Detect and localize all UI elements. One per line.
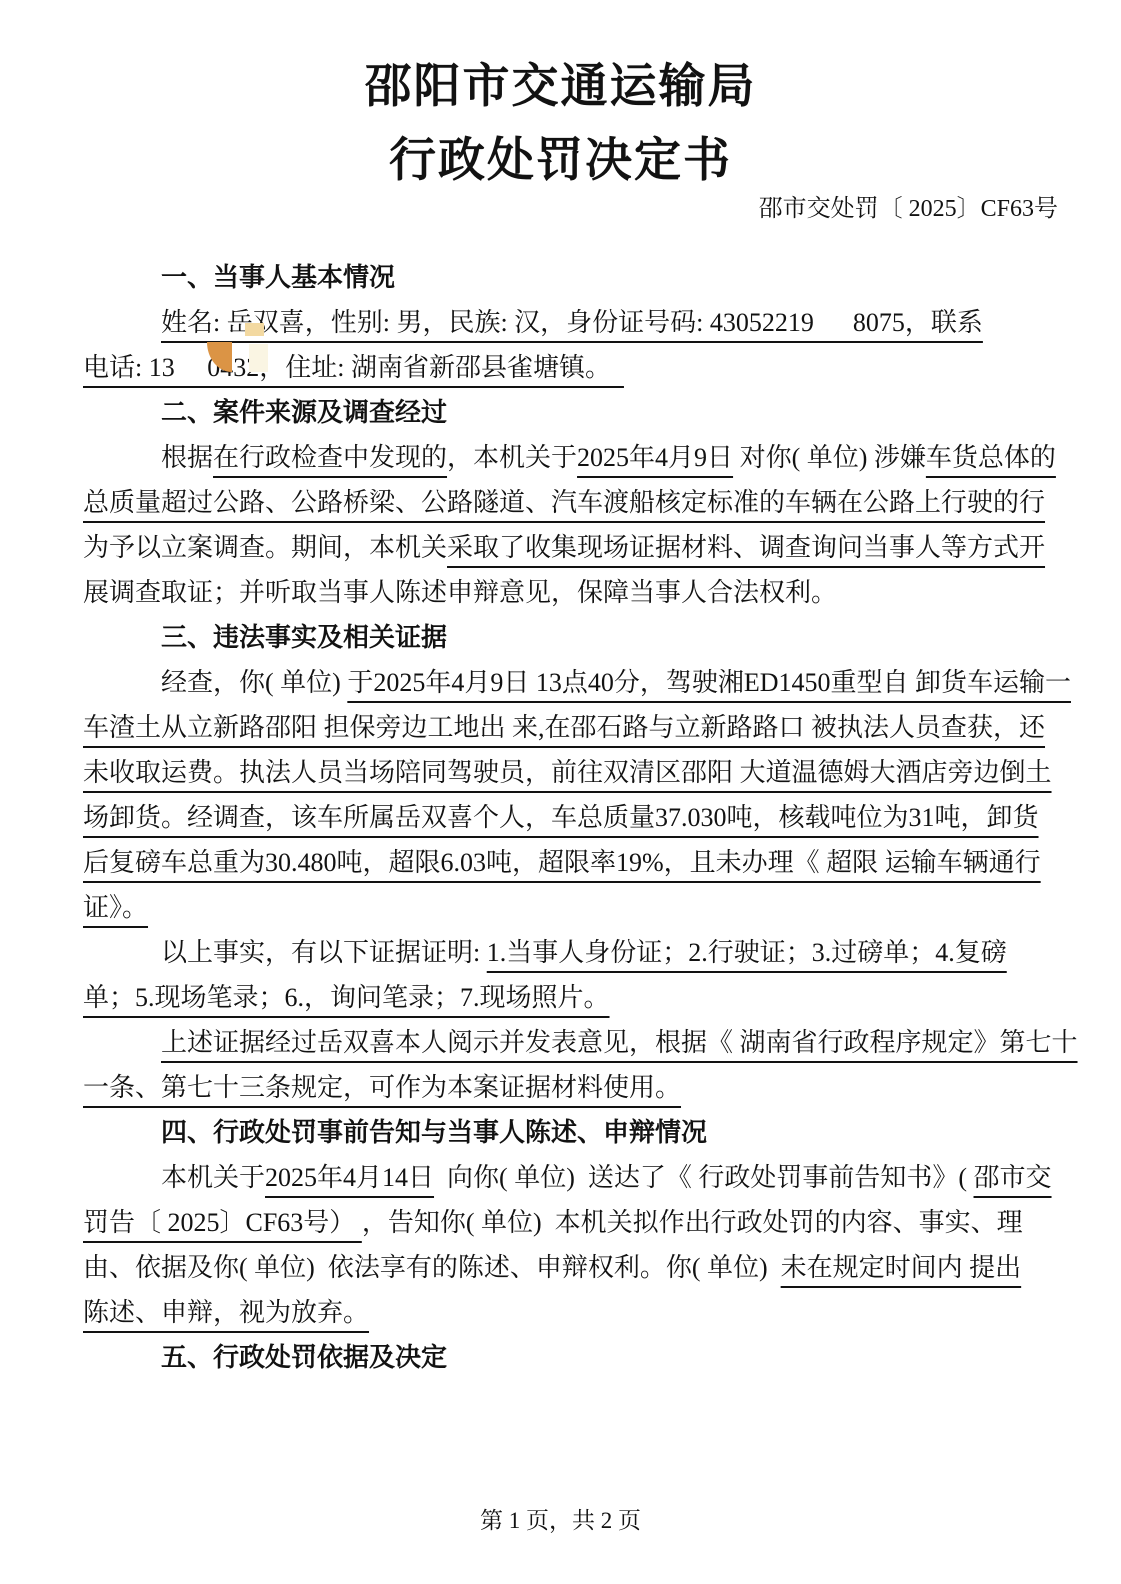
text-line: 总质量超过公路、公路桥梁、公路隧道、汽车渡船核定标准的车辆在公路上行驶的行	[83, 480, 1061, 525]
underlined-text-segment: 后复磅车总重为30.480吨，超限6.03吨，超限率19%，且未办理《 超限 运…	[83, 848, 1041, 877]
underlined-text-segment: 场卸货。经调查，该车所属岳双喜个人，车总质量37.030吨，核载吨位为31吨，卸…	[83, 803, 1039, 832]
text-line: 姓名: 岳双喜，性别: 男，民族: 汉，身份证号码: 43052219 8075…	[83, 300, 1061, 345]
section-heading: 四、行政处罚事前告知与当事人陈述、申辩情况	[83, 1110, 1061, 1155]
text-segment: 根据	[161, 443, 213, 472]
underlined-text-segment: 2025年4月14日	[265, 1163, 434, 1192]
section-heading: 一、当事人基本情况	[83, 255, 1061, 300]
text-line: 陈述、申辩，视为放弃。	[83, 1290, 1061, 1335]
underlined-text-segment: 车渣土从立新路邵阳 担保旁边工地出 来,在邵石路与立新路路口 被执法人员查获，还	[83, 713, 1045, 742]
text-segment: 本机关于	[161, 1163, 265, 1192]
text-line: 罚告〔 2025〕CF63号） ，告知你( 单位) 本机关拟作出行政处罚的内容、…	[83, 1200, 1061, 1245]
text-line: 场卸货。经调查，该车所属岳双喜个人，车总质量37.030吨，核载吨位为31吨，卸…	[83, 795, 1061, 840]
text-segment: 经查，你( 单位)	[161, 668, 347, 697]
text-line: 一条、第七十三条规定，可作为本案证据材料使用。	[83, 1065, 1061, 1110]
underlined-text-segment: 未在规定时间内 提出	[781, 1253, 1022, 1282]
text-line: 后复磅车总重为30.480吨，超限6.03吨，超限率19%，且未办理《 超限 运…	[83, 840, 1061, 885]
text-line: 展调查取证；并听取当事人陈述申辩意见，保障当事人合法权利。	[83, 570, 1061, 615]
text-line: 由、依据及你( 单位) 依法享有的陈述、申辩权利。你( 单位) 未在规定时间内 …	[83, 1245, 1061, 1290]
underlined-text-segment: 陈述、申辩，视为放弃。	[83, 1298, 369, 1327]
underlined-text-segment: 未收取运费。执法人员当场陪同驾驶员，前往双清区邵阳 大道温德姆大酒店旁边倒土	[83, 758, 1052, 787]
text-line: 本机关于2025年4月14日 向你( 单位) 送达了《 行政处罚事前告知书》( …	[83, 1155, 1061, 1200]
document-title-line1: 邵阳市交通运输局	[0, 50, 1121, 124]
redaction-phone-cream	[249, 344, 268, 372]
section-heading: 三、违法事实及相关证据	[83, 615, 1061, 660]
text-line: 上述证据经过岳双喜本人阅示并发表意见，根据《 湖南省行政程序规定》第七十	[83, 1020, 1061, 1065]
page-footer: 第 1 页，共 2 页	[0, 1502, 1121, 1535]
text-line: 根据在行政检查中发现的，本机关于2025年4月9日 对你( 单位) 涉嫌车货总体…	[83, 435, 1061, 480]
section-heading: 二、案件来源及调查经过	[83, 390, 1061, 435]
text-segment: 以上事实，有以下证据证明:	[161, 938, 487, 967]
text-line: 单；5.现场笔录；6.，询问笔录；7.现场照片。	[83, 975, 1061, 1020]
text-line: 未收取运费。执法人员当场陪同驾驶员，前往双清区邵阳 大道温德姆大酒店旁边倒土	[83, 750, 1061, 795]
text-segment: ，本机关于	[447, 443, 577, 472]
document-title-line2: 行政处罚决定书	[0, 124, 1121, 198]
text-segment: 由、依据及你( 单位) 依法享有的陈述、申辩权利。你( 单位)	[83, 1253, 781, 1282]
underlined-text-segment: 证》。	[83, 893, 148, 922]
document-number: 邵市交处罚〔 2025〕CF63号	[759, 194, 1058, 224]
underlined-text-segment: 车货总体的	[926, 443, 1056, 472]
underlined-text-segment: 总质量超过公路、公路桥梁、公路隧道、汽车渡船核定标准的车辆在公路上行驶的行	[83, 488, 1045, 517]
document-page: 邵阳市交通运输局 行政处罚决定书 邵市交处罚〔 2025〕CF63号 一、当事人…	[0, 0, 1121, 1584]
underlined-text-segment: 1.当事人身份证；2.行驶证；3.过磅单；4.复磅	[487, 938, 1007, 967]
underlined-text-segment: 邵市交	[974, 1163, 1052, 1192]
underlined-text-segment: 姓名: 岳双喜，性别: 男，民族: 汉，身份证号码: 43052219 8075…	[161, 308, 983, 337]
text-segment: ，告知你( 单位) 本机关拟作出行政处罚的内容、事实、理	[362, 1208, 1023, 1237]
underlined-text-segment: 罚告〔 2025〕CF63号）	[83, 1208, 362, 1237]
text-line: 以上事实，有以下证据证明: 1.当事人身份证；2.行驶证；3.过磅单；4.复磅	[83, 930, 1061, 975]
text-segment: 对你( 单位) 涉嫌	[733, 443, 926, 472]
text-line: 经查，你( 单位) 于2025年4月9日 13点40分，驾驶湘ED1450重型自…	[83, 660, 1061, 705]
text-line: 为予以立案调查。期间，本机关采取了收集现场证据材料、调查询问当事人等方式开	[83, 525, 1061, 570]
section-heading: 五、行政处罚依据及决定	[83, 1335, 1061, 1380]
underlined-text-segment: 上述证据经过岳双喜本人阅示并发表意见，根据《 湖南省行政程序规定》第七十	[161, 1028, 1078, 1057]
underlined-text-segment: 在行政检查中发现的	[213, 443, 447, 472]
underlined-text-segment: 一条、第七十三条规定，可作为本案证据材料使用。	[83, 1073, 681, 1102]
text-segment: 展调查取证；并听取当事人陈述申辩意见，保障当事人合法权利。	[83, 578, 837, 607]
redaction-mark-small-tan	[245, 323, 264, 336]
underlined-text-segment: 采取了收集现场证据材料、调查询问当事人等方式开	[447, 533, 1045, 562]
text-segment: 向你( 单位) 送达了《 行政处罚事前告知书》(	[434, 1163, 973, 1192]
underlined-text-segment: 2025年4月9日	[577, 443, 733, 472]
underlined-text-segment: 单；5.现场笔录；6.，询问笔录；7.现场照片。	[83, 983, 610, 1012]
text-line: 证》。	[83, 885, 1061, 930]
underlined-text-segment: 于2025年4月9日 13点40分，驾驶湘ED1450重型自 卸货车运输一	[347, 668, 1071, 697]
document-title: 邵阳市交通运输局 行政处罚决定书	[0, 50, 1121, 198]
underlined-text-segment: 电话: 13 0432，住址: 湖南省新邵县雀塘镇。	[83, 353, 624, 382]
text-line: 车渣土从立新路邵阳 担保旁边工地出 来,在邵石路与立新路路口 被执法人员查获，还	[83, 705, 1061, 750]
text-segment: 为予以立案调查。期间，本机关	[83, 533, 447, 562]
document-body: 一、当事人基本情况姓名: 岳双喜，性别: 男，民族: 汉，身份证号码: 4305…	[83, 255, 1061, 1380]
